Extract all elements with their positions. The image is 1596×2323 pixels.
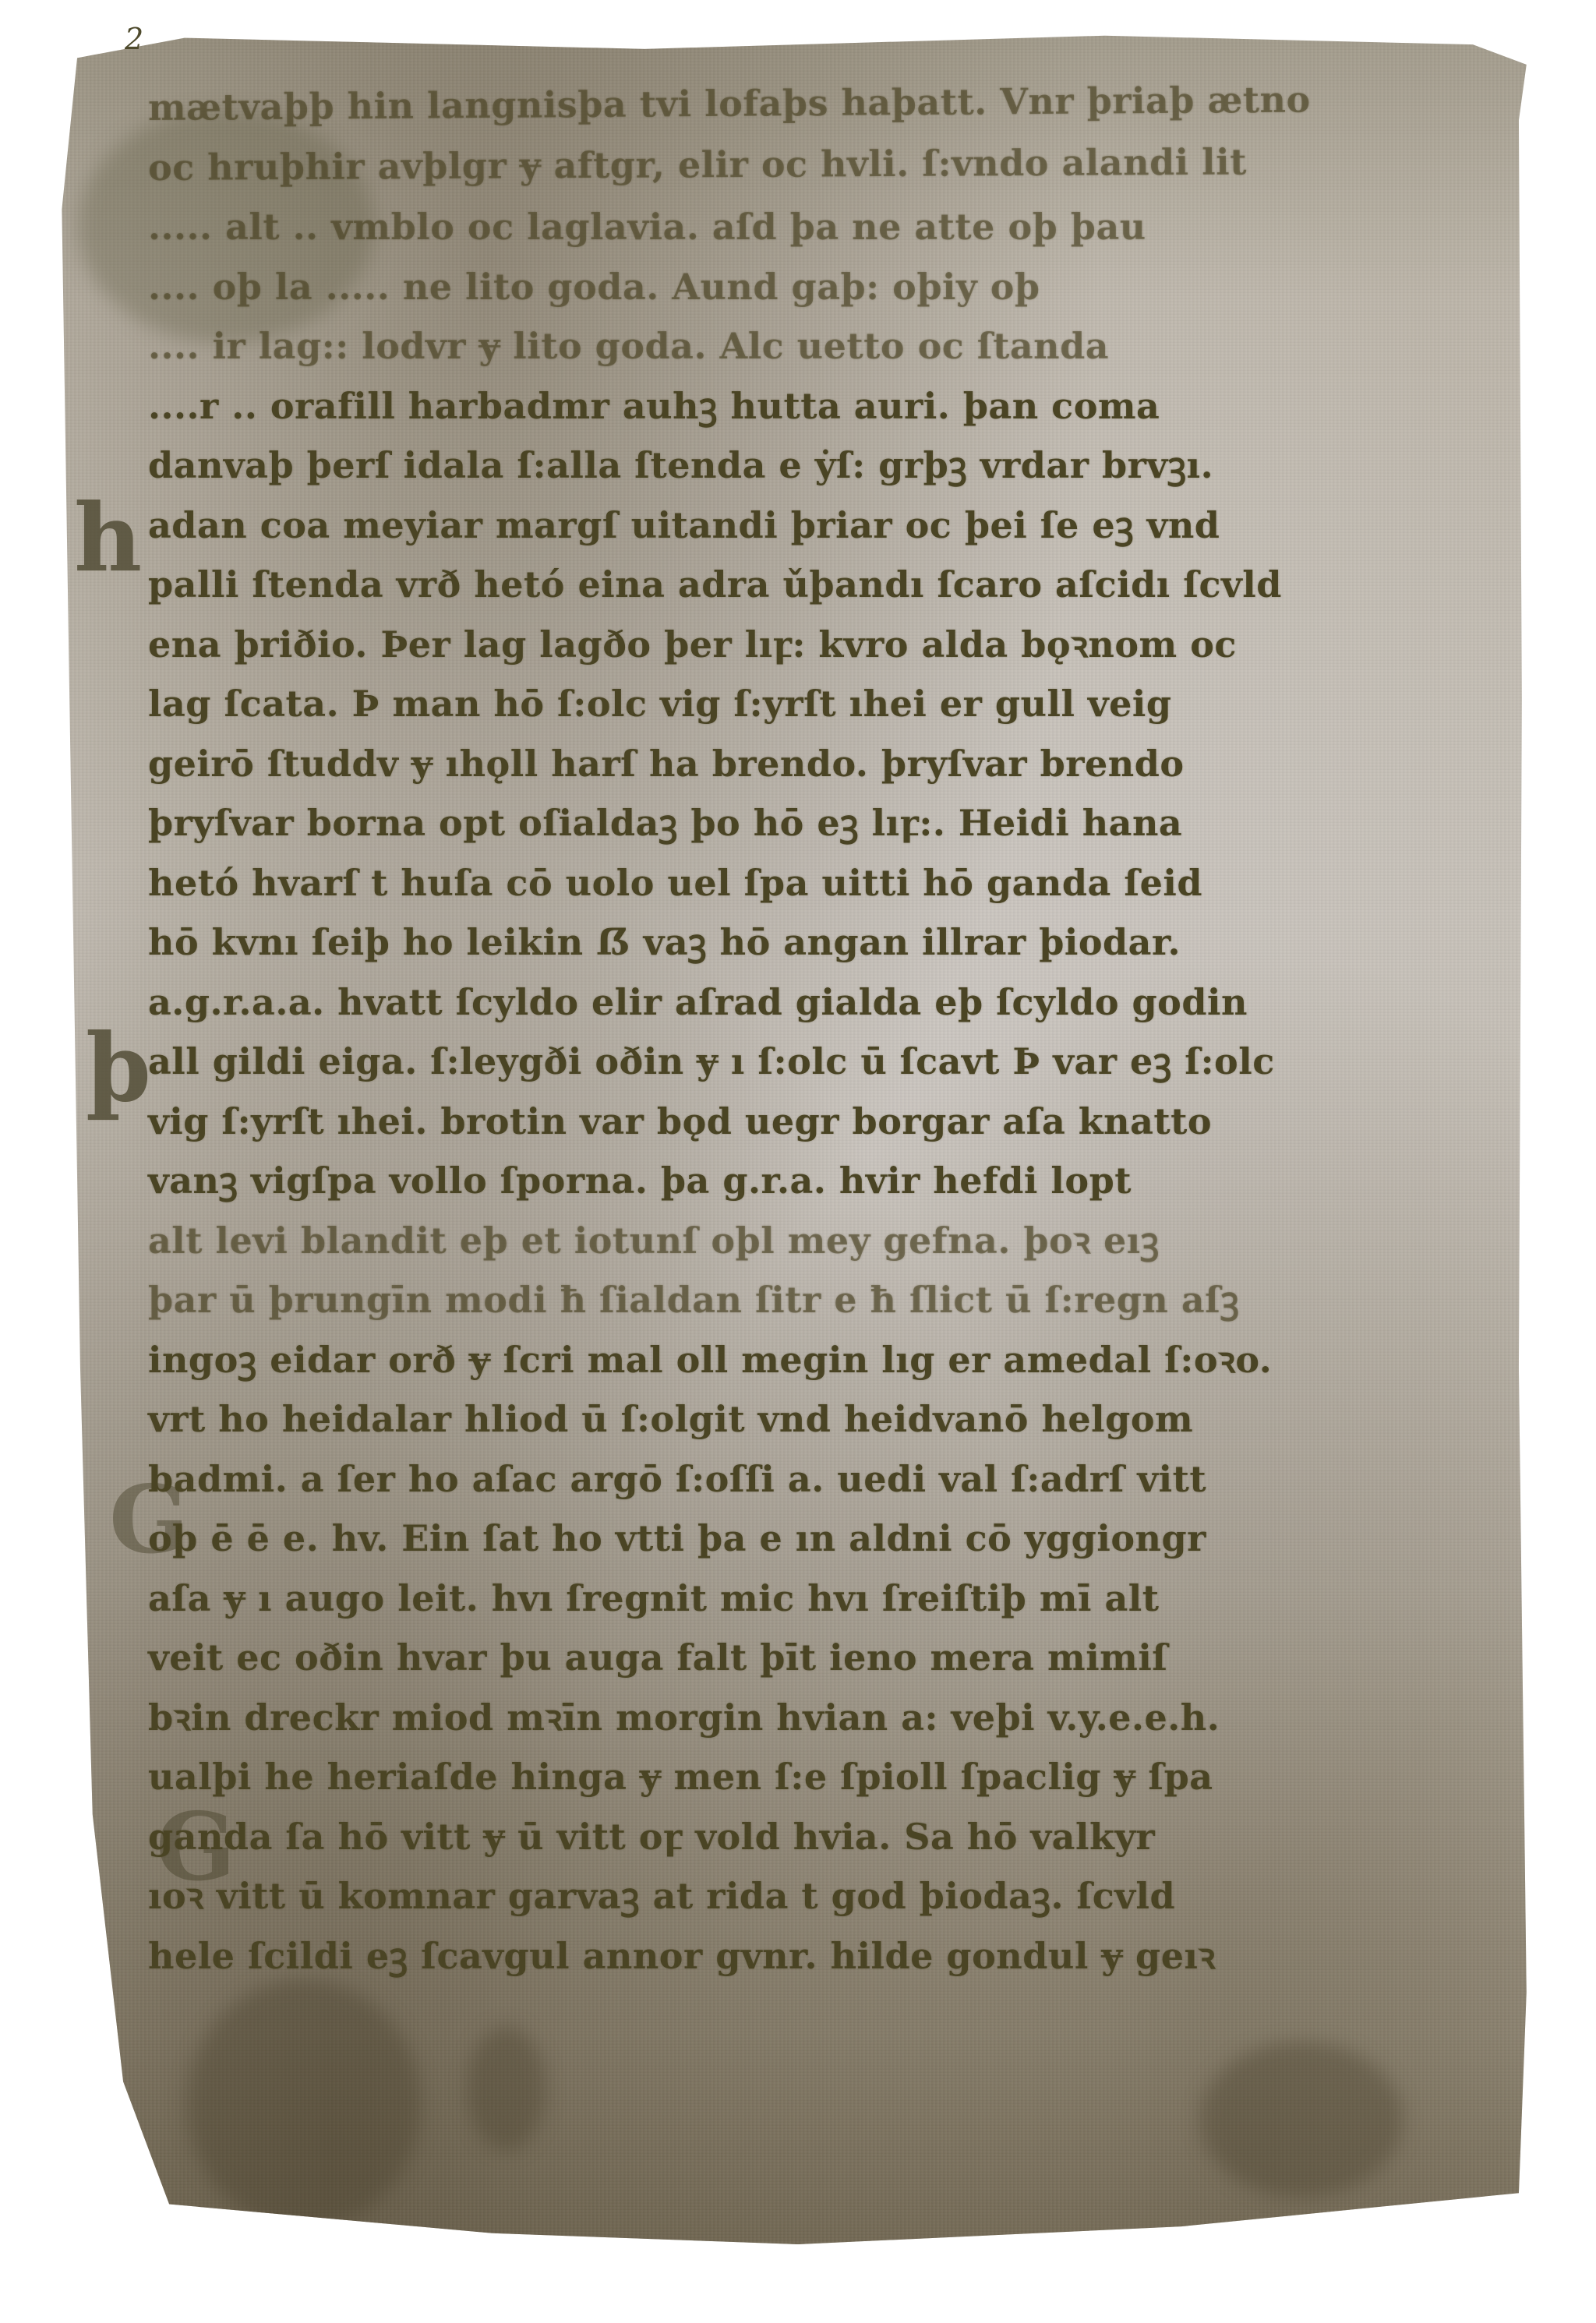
text-line: geirō ſtuddv ɏ ıhǫll harſ ha brendo. þry… (148, 734, 1426, 794)
text-line: adan coa meyiar margſ uitandi þriar oc þ… (148, 496, 1426, 556)
text-line: all gildi eiga. ſ:leygði oðin ɏ ı ſ:olc … (148, 1032, 1426, 1092)
text-line: bꝛin dreckr miod mꝛīn morgin hvian a: ve… (148, 1688, 1426, 1748)
stain (187, 1979, 421, 2229)
text-line: ganda ſa hō vitt ɏ ū vitt oꝼ vold hvia. … (148, 1807, 1426, 1867)
text-line: aſa ɏ ı augo leit. hvı ſregnit mic hvı ſ… (148, 1569, 1426, 1629)
marginal-initial: h (74, 483, 142, 593)
text-line: ena þriðio. Þer lag lagðo þer lıꝼ: kvro … (148, 615, 1426, 675)
text-line: a.g.r.a.a. hvatt ſcyldo elir aſrad giald… (148, 973, 1426, 1033)
manuscript-text: mætvaþþ hin langnisþa tvi lofaþs haþatt.… (148, 78, 1426, 1986)
text-line: þryſvar borna opt oſialdaꝫ þo hō eꝫ lıꝼ:… (148, 793, 1426, 853)
text-line: danvaþ þerſ idala ſ:alla ſtenda e ẏſ: gr… (148, 436, 1426, 496)
text-line: ualþi he heriaſde hinga ɏ men ſ:e ſpioll… (148, 1747, 1426, 1807)
text-line: palli ſtenda vrð hetó eina adra ǔþandı ſ… (148, 555, 1426, 615)
text-line: veit ec oðin hvar þu auga falt þīt ieno … (148, 1628, 1426, 1688)
page-number: 2 (125, 22, 143, 56)
text-line: ..... alt .. vmblo oc laglavia. aſd þa n… (148, 197, 1426, 257)
text-line: alt levi blandit eþ et iotunſ oþl mey ge… (148, 1211, 1426, 1271)
text-line: ıoꝛ vitt ū komnar garvaꝫ at rida t god þ… (148, 1866, 1426, 1926)
stain (1200, 2042, 1403, 2198)
text-line: vig ſ:yrſt ıhei. brotin var bǫd uegr bor… (148, 1092, 1426, 1152)
text-line: mætvaþþ hin langnisþa tvi lofaþs haþatt.… (148, 69, 1426, 138)
text-line: vanꝫ vigſpa vollo ſporna. þa g.r.a. hvir… (148, 1151, 1426, 1211)
text-line: lag ſcata. Þ man hō ſ:olc vig ſ:yrſt ıhe… (148, 674, 1426, 734)
text-line: vrt ho heidalar hliod ū ſ:olgit vnd heid… (148, 1389, 1426, 1449)
text-line: oc hruþhir avþlgr ɏ aftgr, elir oc hvli.… (148, 131, 1426, 197)
text-line: ingoꝫ eidar orð ɏ ſcri mal oll megin lıg… (148, 1330, 1426, 1390)
text-line: hele ſcildi eꝫ ſcavgul annor gvnr. hilde… (148, 1926, 1426, 1986)
text-line: .... ir lag:: lodvr ɏ lito goda. Alc uet… (148, 316, 1426, 376)
text-line: .... oþ la ..... ne lito goda. Aund gaþ:… (148, 257, 1426, 317)
text-line: hō kvnı ſeiþ ho leikin ẞ vaꝫ hō angan il… (148, 913, 1426, 973)
text-line: badmi. a ſer ho aſac argō ſ:oſſi a. uedi… (148, 1449, 1426, 1509)
text-line: hetó hvarſ t huſa cō uolo uel ſpa uitti … (148, 853, 1426, 913)
text-line: þar ū þrungīn modi ħ ſialdan ſitr e ħ ſl… (148, 1270, 1426, 1330)
marginal-initial: þ (86, 1013, 151, 1123)
text-line: oþ ē ē e. hv. Ein ſat ho vtti þa e ın al… (148, 1509, 1426, 1569)
text-line: ....r .. orafill harbadmr auhꝫ hutta aur… (148, 376, 1426, 436)
stain (468, 2026, 546, 2151)
